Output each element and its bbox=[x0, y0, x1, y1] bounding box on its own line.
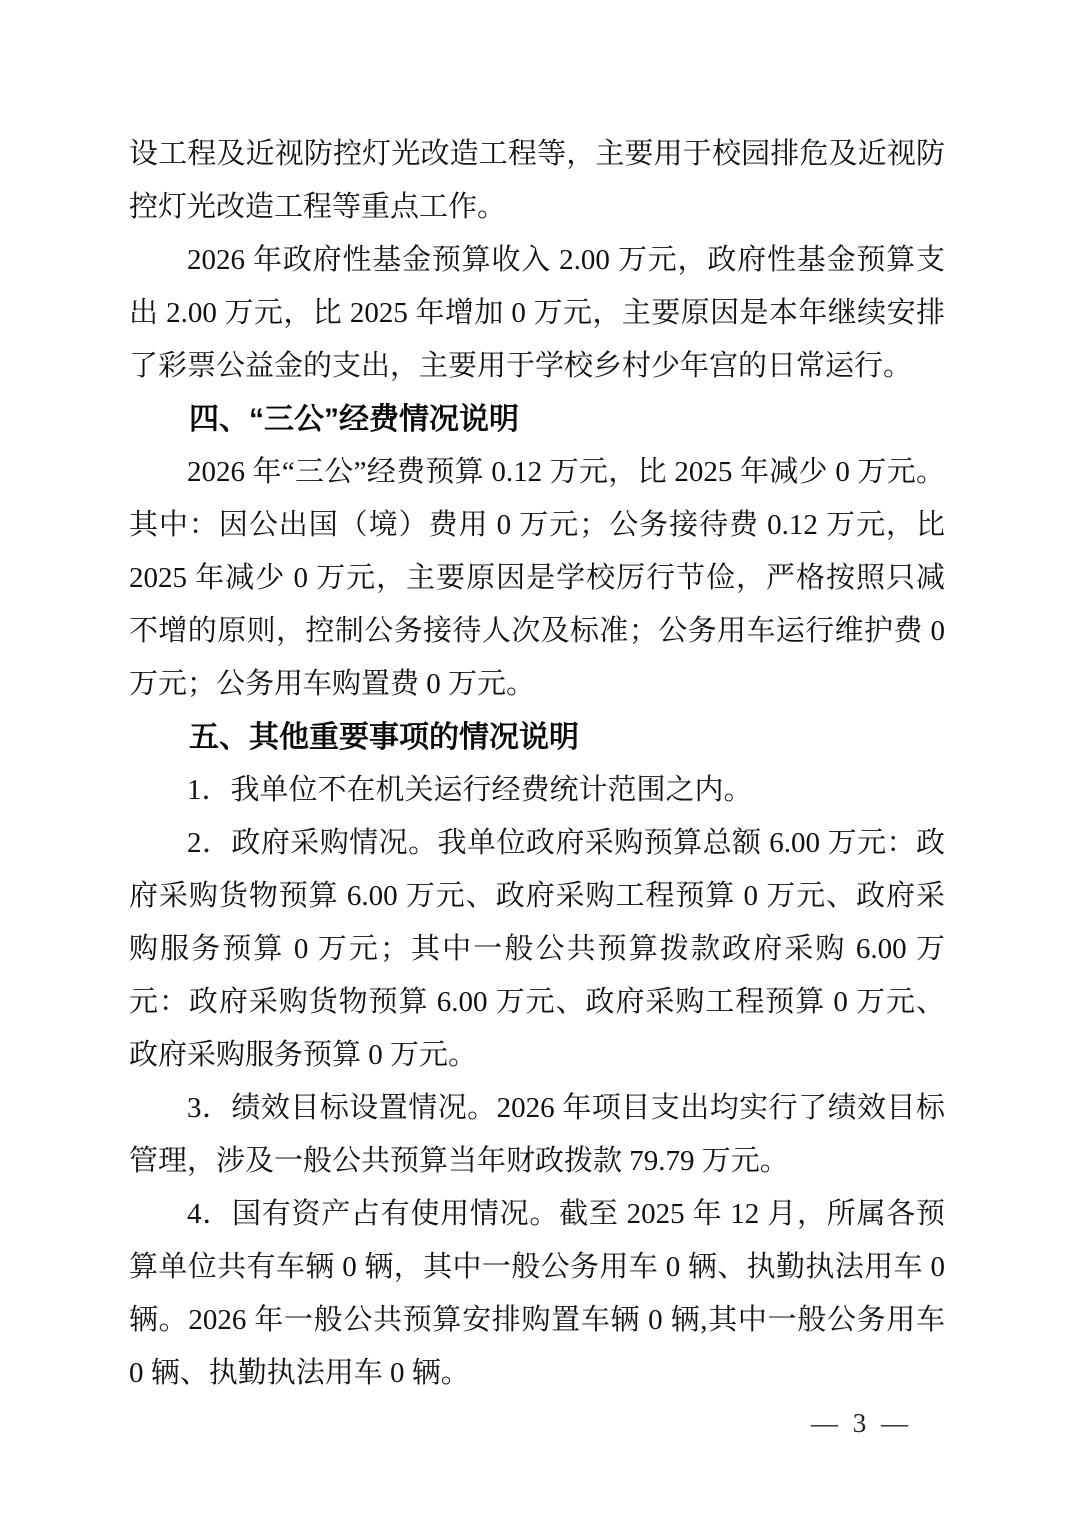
document-page: 设工程及近视防控灯光改造工程等，主要用于校园排危及近视防控灯光改造工程等重点工作… bbox=[0, 0, 1074, 1520]
paragraph-item-1-operating-expense-scope: 1．我单位不在机关运行经费统计范围之内。 bbox=[129, 764, 945, 817]
paragraph-three-public-expenses-detail: 2026 年“三公”经费预算 0.12 万元，比 2025 年减少 0 万元。其… bbox=[129, 446, 945, 711]
page-number: — 3 — bbox=[811, 1403, 912, 1443]
paragraph-continuation: 设工程及近视防控灯光改造工程等，主要用于校园排危及近视防控灯光改造工程等重点工作… bbox=[129, 128, 945, 234]
paragraph-item-2-government-procurement: 2．政府采购情况。我单位政府采购预算总额 6.00 万元：政府采购货物预算 6.… bbox=[129, 817, 945, 1082]
document-body: 设工程及近视防控灯光改造工程等，主要用于校园排危及近视防控灯光改造工程等重点工作… bbox=[129, 128, 945, 1400]
section-heading-four-three-public-expenses: 四、“三公”经费情况说明 bbox=[129, 393, 945, 446]
section-heading-five-other-important-matters: 五、其他重要事项的情况说明 bbox=[129, 711, 945, 764]
paragraph-item-3-performance-targets: 3．绩效目标设置情况。2026 年项目支出均实行了绩效目标管理，涉及一般公共预算… bbox=[129, 1082, 945, 1188]
paragraph-government-fund-budget: 2026 年政府性基金预算收入 2.00 万元，政府性基金预算支出 2.00 万… bbox=[129, 234, 945, 393]
paragraph-item-4-state-owned-assets: 4．国有资产占有使用情况。截至 2025 年 12 月，所属各预算单位共有车辆 … bbox=[129, 1188, 945, 1400]
